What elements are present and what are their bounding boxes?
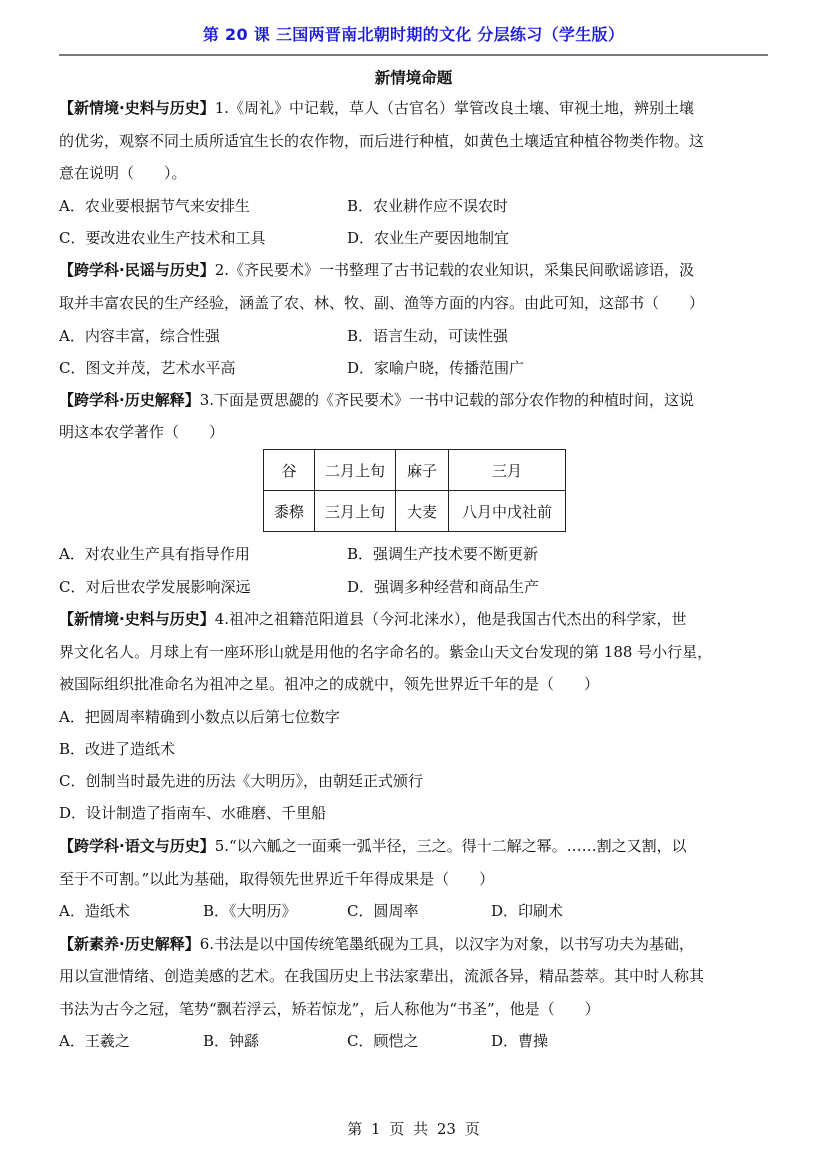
- section-title: 新情境命题: [0, 66, 827, 88]
- question-2-line-2: 取并丰富农民的生产经验，涵盖了农、林、牧、副、渔等方面的内容。由此可知，这部书（…: [59, 293, 771, 313]
- question-5-line-2: 至于不可割。”以此为基础，取得领先世界近千年得成果是（ ）: [59, 869, 771, 889]
- question-5-number: 5.: [215, 837, 229, 855]
- question-1-option-c[interactable]: C．要改进农业生产技术和工具: [59, 228, 265, 248]
- table-cell: 三月: [449, 450, 566, 491]
- table-cell: 三月上旬: [315, 491, 396, 532]
- question-6-text: 书法是以中国传统笔墨纸砚为工具，以汉字为对象，以书写功夫为基础，: [214, 935, 694, 953]
- question-1-option-b[interactable]: B．农业耕作应不误农时: [347, 196, 508, 216]
- table-cell: 黍穄: [264, 491, 315, 532]
- question-6-option-d[interactable]: D．曹操: [491, 1031, 548, 1051]
- question-4-tag: 【新情境·史料与历史】: [59, 610, 215, 628]
- question-4-option-d[interactable]: D．设计制造了指南车、水碓磨、千里船: [59, 803, 326, 823]
- question-1-option-a[interactable]: A．农业要根据节气来安排生: [59, 196, 250, 216]
- question-2-line-1: 【跨学科·民谣与历史】2.《齐民要术》一书整理了古书记载的农业知识，采集民间歌谣…: [59, 260, 771, 280]
- question-6-line-3: 书法为古今之冠，笔势“飘若浮云，矫若惊龙”，后人称他为“书圣”，他是（ ）: [59, 999, 771, 1019]
- question-3-line-1: 【跨学科·历史解释】3.下面是贾思勰的《齐民要术》一书中记载的部分农作物的种植时…: [59, 390, 771, 410]
- question-2-option-b[interactable]: B．语言生动，可读性强: [347, 326, 508, 346]
- question-4-option-c[interactable]: C．创制当时最先进的历法《大明历》，由朝廷正式颁行: [59, 771, 423, 791]
- document-page: 第 20 课 三国两晋南北朝时期的文化 分层练习（学生版） 新情境命题 【新情境…: [0, 0, 827, 1169]
- question-6-option-a[interactable]: A．王羲之: [59, 1031, 130, 1051]
- question-6-line-2: 用以宣泄情绪、创造美感的艺术。在我国历史上书法家辈出，流派各异，精品荟萃。其中时…: [59, 966, 771, 986]
- question-6-tag: 【新素养·历史解释】: [59, 935, 200, 953]
- question-4-option-a[interactable]: A．把圆周率精确到小数点以后第七位数字: [59, 707, 340, 727]
- question-3-line-2: 明这本农学著作（ ）: [59, 422, 771, 442]
- question-4-line-3: 被国际组织批准命名为祖冲之星。祖冲之的成就中，领先世界近千年的是（ ）: [59, 674, 771, 694]
- question-2-number: 2.: [215, 261, 229, 279]
- question-2-option-c[interactable]: C．图文并茂，艺术水平高: [59, 358, 235, 378]
- question-1-number: 1.: [215, 99, 229, 117]
- question-5-option-c[interactable]: C．圆周率: [347, 901, 418, 921]
- header-divider: [59, 54, 768, 56]
- question-3-option-c[interactable]: C．对后世农学发展影响深远: [59, 577, 250, 597]
- table-cell: 八月中戊社前: [449, 491, 566, 532]
- question-5-option-d[interactable]: D．印刷术: [491, 901, 563, 921]
- question-3-number: 3.: [200, 391, 214, 409]
- question-3-text: 下面是贾思勰的《齐民要术》一书中记载的部分农作物的种植时间，这说: [214, 391, 694, 409]
- question-6-option-b[interactable]: B．钟繇: [203, 1031, 259, 1051]
- question-2-option-d[interactable]: D．家喻户晓，传播范围广: [347, 358, 524, 378]
- table-cell: 二月上旬: [315, 450, 396, 491]
- question-2-text: 《齐民要术》一书整理了古书记载的农业知识，采集民间歌谣谚语，汲: [229, 261, 694, 279]
- question-6-number: 6.: [200, 935, 214, 953]
- table-row: 谷 二月上旬 麻子 三月: [264, 450, 566, 491]
- question-2-tag: 【跨学科·民谣与历史】: [59, 261, 215, 279]
- question-5-tag: 【跨学科·语文与历史】: [59, 837, 215, 855]
- question-4-line-2: 界文化名人。月球上有一座环形山就是用他的名字命名的。紫金山天文台发现的第 188…: [59, 642, 771, 662]
- question-1-line-1: 【新情境·史料与历史】1.《周礼》中记载，草人（古官名）掌管改良土壤、审视土地，…: [59, 98, 771, 118]
- question-1-option-d[interactable]: D．农业生产要因地制宜: [347, 228, 509, 248]
- question-5-option-a[interactable]: A．造纸术: [59, 901, 130, 921]
- page-number-footer: 第 1 页 共 23 页: [0, 1118, 827, 1139]
- question-1-tag: 【新情境·史料与历史】: [59, 99, 215, 117]
- question-3-option-b[interactable]: B．强调生产技术要不断更新: [347, 544, 538, 564]
- question-4-number: 4.: [215, 610, 229, 628]
- question-5-line-1: 【跨学科·语文与历史】5.“以六觚之一面乘一弧半径，三之。得十二解之幂。……割之…: [59, 836, 771, 856]
- table-row: 黍穄 三月上旬 大麦 八月中戊社前: [264, 491, 566, 532]
- question-2-option-a[interactable]: A．内容丰富，综合性强: [59, 326, 220, 346]
- crop-planting-table: 谷 二月上旬 麻子 三月 黍穄 三月上旬 大麦 八月中戊社前: [263, 449, 566, 532]
- table-cell: 大麦: [396, 491, 449, 532]
- table-cell: 麻子: [396, 450, 449, 491]
- question-3-option-a[interactable]: A．对农业生产具有指导作用: [59, 544, 250, 564]
- question-6-option-c[interactable]: C．顾恺之: [347, 1031, 418, 1051]
- document-title: 第 20 课 三国两晋南北朝时期的文化 分层练习（学生版）: [0, 22, 827, 45]
- question-5-option-b[interactable]: B．《大明历》: [203, 901, 297, 921]
- question-4-option-b[interactable]: B．改进了造纸术: [59, 739, 175, 759]
- table-cell: 谷: [264, 450, 315, 491]
- question-4-text: 祖冲之祖籍范阳道县（今河北涞水），他是我国古代杰出的科学家，世: [229, 610, 687, 628]
- question-3-option-d[interactable]: D．强调多种经营和商品生产: [347, 577, 539, 597]
- question-4-line-1: 【新情境·史料与历史】4.祖冲之祖籍范阳道县（今河北涞水），他是我国古代杰出的科…: [59, 609, 771, 629]
- question-1-text: 《周礼》中记载，草人（古官名）掌管改良土壤、审视土地，辨别土壤: [229, 99, 694, 117]
- question-1-line-3: 意在说明（ ）。: [59, 163, 771, 183]
- question-1-line-2: 的优劣，观察不同土质所适宜生长的农作物，而后进行种植，如黄色土壤适宜种植谷物类作…: [59, 131, 771, 151]
- question-5-text: “以六觚之一面乘一弧半径，三之。得十二解之幂。……割之又割，以: [229, 837, 687, 855]
- question-3-tag: 【跨学科·历史解释】: [59, 391, 200, 409]
- question-6-line-1: 【新素养·历史解释】6.书法是以中国传统笔墨纸砚为工具，以汉字为对象，以书写功夫…: [59, 934, 771, 954]
